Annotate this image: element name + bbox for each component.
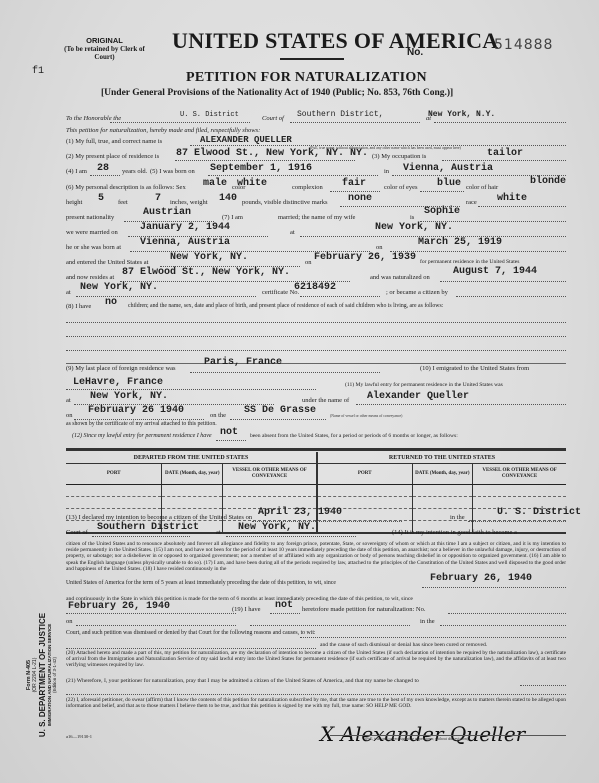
- prior-place-line: [250, 625, 410, 626]
- court-location-line: [434, 122, 566, 123]
- vessel-line: [230, 419, 326, 420]
- prior-date-line: [76, 625, 236, 626]
- intention-district-value: Southern District: [97, 522, 199, 533]
- court-location: New York, N.Y.: [428, 110, 495, 119]
- prior-petition-value: not: [275, 600, 293, 611]
- court-district-line: [290, 122, 420, 123]
- vessel-value: SS De Grasse: [244, 405, 316, 416]
- absence-value: not: [220, 427, 238, 438]
- intention-place-value: New York, NY.: [238, 522, 316, 533]
- age-label: (4) I am: [66, 168, 87, 175]
- table-cell: [162, 485, 223, 497]
- emigrated-from-value: LeHavre, France: [73, 377, 163, 388]
- absence-label: (12) Since my lawful entry for permanent…: [72, 433, 212, 439]
- complexion-line: [330, 191, 380, 192]
- birth-date-line: [208, 175, 378, 176]
- table-cell: [223, 485, 317, 497]
- prior-on-label: on: [66, 618, 73, 625]
- residence-line: [175, 160, 355, 161]
- name-change-line: [520, 685, 566, 686]
- intention-court-of-label: Court of: [66, 529, 88, 536]
- spouse-entry-date-value: February 26, 1939: [314, 252, 416, 263]
- margin-mark: f1: [32, 66, 44, 77]
- marriage-place-value: New York, NY.: [375, 222, 453, 233]
- us-residence-label: United States of America for the term of…: [66, 580, 336, 586]
- prior-petition-line: [270, 613, 300, 614]
- entry-name-line: [356, 404, 566, 405]
- petition-number: 514888: [494, 37, 553, 53]
- years-old-label: years old.: [122, 168, 147, 175]
- children-value: no: [105, 297, 117, 308]
- prayer-text: (21) Wherefore, I, your petitioner for n…: [66, 678, 419, 684]
- state-residence-value: February 26, 1940: [68, 601, 170, 612]
- allegiance-paragraph: citizen of the United States and to reno…: [66, 541, 566, 572]
- court-district: Southern District,: [297, 110, 383, 119]
- spouse-born-label: he or she was born at: [66, 244, 121, 251]
- state-residence-line: [66, 613, 236, 614]
- occupation-value: tailor: [487, 148, 523, 159]
- entry-name-value: Alexander Queller: [367, 391, 469, 402]
- color-value: white: [237, 178, 267, 189]
- eyes-value: blue: [437, 178, 461, 189]
- marital-label: (7) I am: [222, 214, 243, 221]
- entry-place-value: New York, NY.: [90, 391, 168, 402]
- is-label: is: [410, 214, 414, 221]
- hair-label: color of hair: [466, 184, 498, 191]
- full-name-value: ALEXANDER QUELLER: [200, 135, 292, 145]
- table-top-rule: [66, 448, 566, 451]
- marks-value: none: [348, 193, 372, 204]
- birth-date-value: September 1, 1916: [210, 163, 312, 174]
- spouse-born-on-label: on: [376, 244, 383, 251]
- spouse-entered-label: and entered the United States at: [66, 259, 149, 266]
- married-label: married; the name of my wife: [278, 214, 355, 221]
- foreign-residence-line: [190, 372, 380, 373]
- on-the-label: on the: [210, 412, 226, 419]
- hair-value: blonde: [530, 176, 566, 187]
- cured-line: [66, 648, 316, 649]
- children-label: (8) I have: [66, 303, 91, 310]
- race-value: white: [497, 193, 527, 204]
- col-vessel-departed: VESSEL OR OTHER MEANS OF CONVEYANCE: [223, 464, 317, 485]
- spouse-nat-at-label: at: [66, 289, 71, 296]
- table-cell: [66, 485, 162, 497]
- intention-label: (13) I declared my intention to become a…: [66, 514, 252, 521]
- dismissed-line: [300, 637, 566, 638]
- table-cell: [66, 497, 162, 509]
- table-cell: [473, 485, 566, 497]
- col-port-departed: PORT: [66, 464, 162, 485]
- col-date-returned: DATE (Month, day, year): [412, 464, 473, 485]
- oath-paragraph: (22) I, aforesaid petitioner, do swear (…: [66, 697, 566, 709]
- entry-on-label: on: [66, 412, 73, 419]
- citizen-by-line: [456, 296, 566, 297]
- court-type: U. S. District: [180, 111, 239, 119]
- height-label: height: [66, 199, 82, 206]
- spouse-resides-label: and now resides at: [66, 274, 114, 281]
- description-label: (6) My personal description is as follow…: [66, 184, 186, 191]
- nationality-value: Austrian: [143, 207, 191, 218]
- eyes-label: color of eyes: [384, 184, 418, 191]
- table-cell: [317, 485, 412, 497]
- emigrated-from-line: [66, 389, 316, 390]
- col-vessel-returned: VESSEL OR OTHER MEANS OF CONVEYANCE: [473, 464, 566, 485]
- edition-label: (Edition of 3-1-42): [52, 595, 57, 755]
- court-type-line: [110, 122, 250, 123]
- emigrated-label: (10) I emigrated to the United States fr…: [420, 365, 529, 372]
- occupation-label: (3) My occupation is: [372, 153, 426, 160]
- spouse-entry-on-label: on: [305, 259, 312, 266]
- certificate-line: [300, 296, 380, 297]
- spouse-entry-place-value: New York, NY.: [170, 252, 248, 263]
- intention-district-line: [92, 536, 190, 537]
- naturalization-petition-page: f1 ORIGINAL (To be retained by Clerk of …: [0, 0, 599, 783]
- spouse-naturalized-value: August 7, 1944: [453, 266, 537, 277]
- complexion-value: fair: [342, 178, 366, 189]
- dismissed-text: Court, and such petition was dismissed o…: [66, 630, 316, 636]
- marriage-at-label: at: [290, 229, 295, 236]
- col-port-returned: PORT: [317, 464, 412, 485]
- table-cell: [412, 485, 473, 497]
- name-label: (1) My full, true, and correct name is: [66, 138, 162, 145]
- eyes-line: [420, 191, 464, 192]
- cert-arrival-text: as shown by the certificate of my arriva…: [66, 421, 217, 427]
- number-label: No.: [407, 47, 423, 58]
- document-title: UNITED STATES OF AMERICA: [172, 28, 498, 54]
- intention-place-line: [226, 536, 356, 537]
- height-inches-value: 7: [155, 193, 161, 204]
- original-title: ORIGINAL: [62, 37, 147, 45]
- inches-weight-label: inches, weight: [170, 199, 208, 206]
- intention-at-label: at: [216, 529, 221, 536]
- prior-petition-no-line: [448, 613, 566, 614]
- absence-rest-label: been absent from the United States, for …: [250, 433, 458, 439]
- complexion-label: complexion: [292, 184, 323, 191]
- intention-court-line: [468, 521, 566, 522]
- children-rest-label: children; and the name, sex, date and pl…: [128, 303, 443, 309]
- marriage-date-value: January 2, 1944: [140, 222, 230, 233]
- pounds-marks-label: pounds, visible distinctive marks: [242, 199, 328, 206]
- under-name-label: under the name of: [302, 397, 349, 404]
- spouse-residence-value: 87 Elwood St., New York, NY.: [122, 267, 290, 278]
- spouse-birth-date-line: [390, 251, 566, 252]
- race-label: race: [466, 199, 477, 206]
- court-of-label: Court of: [262, 115, 284, 122]
- spouse-birth-place-value: Vienna, Austria: [140, 237, 230, 248]
- intro-text: This petition for naturalization, hereby…: [66, 127, 260, 134]
- married-on-label: we were married on: [66, 229, 118, 236]
- us-residence-line: [422, 587, 566, 588]
- vessel-note: (Name of vessel or other means of convey…: [330, 414, 402, 418]
- citizen-by-label: ; or became a citizen by: [386, 289, 448, 296]
- intention-court-value: U. S. District: [497, 507, 581, 518]
- lawful-entry-label: (11) My lawful entry for permanent resid…: [345, 382, 503, 388]
- height-feet-value: 5: [98, 193, 104, 204]
- to-honorable-label: To the Honorable the: [66, 115, 121, 122]
- original-note: (To be retained by Clerk of Court): [62, 45, 147, 61]
- entry-date-line: [74, 419, 204, 420]
- weight-value: 140: [219, 193, 237, 204]
- cured-text: and the cause of such dismissal or denia…: [320, 642, 487, 648]
- residence-label: (2) My present place of residence is: [66, 153, 159, 160]
- prior-petition-label: (19) I have: [232, 606, 261, 613]
- birth-in-label: in: [384, 168, 389, 175]
- spouse-naturalized-line: [440, 281, 566, 282]
- foreign-residence-value: Paris, France: [204, 357, 282, 368]
- foreign-residence-label: (9) My last place of foreign residence w…: [66, 365, 176, 372]
- title-rule: [280, 58, 344, 60]
- prior-in-the-label: in the: [420, 618, 435, 625]
- table-cell: [412, 497, 473, 509]
- petition-title: PETITION FOR NATURALIZATION: [186, 70, 427, 86]
- intention-date-value: April 23, 1940: [258, 507, 342, 518]
- original-label: ORIGINAL (To be retained by Clerk of Cou…: [62, 37, 147, 61]
- petitioner-signature: X Alexander Queller: [320, 722, 525, 746]
- in-the-label: in the: [450, 514, 465, 521]
- table-cell: [162, 497, 223, 509]
- departed-header: DEPARTED FROM THE UNITED STATES: [66, 452, 317, 464]
- children-line-2: [66, 336, 566, 337]
- spouse-birth-date-value: March 25, 1919: [418, 237, 502, 248]
- prior-petition-rest: heretofore made petition for naturalizat…: [302, 606, 425, 613]
- us-residence-value: February 26, 1940: [430, 573, 532, 584]
- signature-note: (Full, true, and correct signature of pe…: [365, 737, 468, 741]
- children-line-3: [66, 350, 566, 351]
- nationality-label: present nationality: [66, 214, 114, 221]
- birth-place-value: Vienna, Austria: [403, 163, 493, 174]
- feet-label: feet: [118, 199, 128, 206]
- perm-residence-label: for permanent residence in the United St…: [420, 259, 519, 265]
- print-code: a16—19130-1: [66, 734, 92, 739]
- col-date-departed: DATE (Month, day, year): [162, 464, 223, 485]
- residence-value: 87 Elwood St., New York, NY. NY.: [176, 148, 368, 159]
- birth-date-label: (5) I was born on: [150, 168, 195, 175]
- prior-court-line: [440, 625, 566, 626]
- spouse-naturalized-label: and was naturalized on: [370, 274, 430, 281]
- table-row: [66, 485, 566, 497]
- age-value: 28: [97, 163, 109, 174]
- children-line-4: [66, 363, 566, 364]
- age-line: [90, 175, 120, 176]
- children-line-1: [66, 322, 566, 323]
- entry-at-label: at: [66, 397, 71, 404]
- certificate-value: 6218492: [294, 282, 336, 293]
- returned-header: RETURNED TO THE UNITED STATES: [317, 452, 566, 464]
- department-name: U. S. DEPARTMENT OF JUSTICE: [38, 595, 47, 755]
- form-side-label: Form N-405 (OR 2204 L-21) U. S. DEPARTME…: [26, 595, 57, 755]
- spouse-nat-place-line: [76, 296, 256, 297]
- race-line: [478, 206, 566, 207]
- name-change-line-2: [66, 694, 566, 695]
- absence-line: [216, 440, 246, 441]
- sex-value: male: [203, 178, 227, 189]
- attachments-paragraph: (20) Attached hereto and made a part of …: [66, 650, 566, 669]
- entry-date-value: February 26 1940: [88, 405, 184, 416]
- spouse-nat-place-value: New York, NY.: [80, 282, 158, 293]
- good-faith-label: (14) It is my intention in good faith to…: [392, 529, 517, 536]
- spouse-name-value: Sophie: [424, 206, 460, 217]
- petition-subtitle: [Under General Provisions of the Nationa…: [101, 88, 453, 98]
- occupation-line: [442, 160, 566, 161]
- signature-line: [330, 735, 566, 736]
